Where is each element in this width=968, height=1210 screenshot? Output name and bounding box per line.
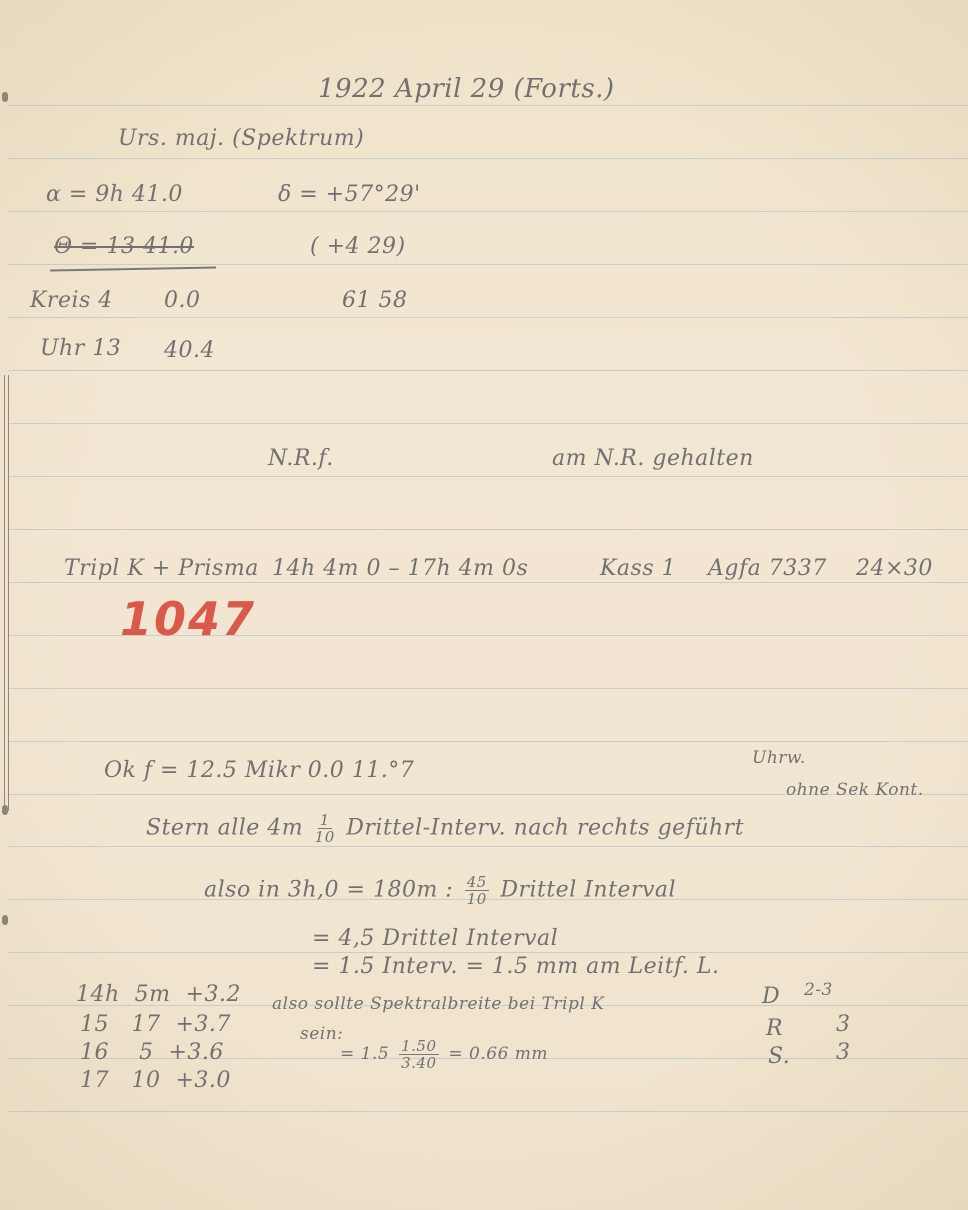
clock-note-1: Uhrw. <box>752 748 806 768</box>
note-line-5: also sollte Spektralbreite bei Tripl K <box>272 994 604 1014</box>
rule-line <box>8 741 968 742</box>
note-line-2-a: also in 3h,0 = 180m : <box>204 878 453 903</box>
temp-row: 17 10 +3.0 <box>80 1068 231 1093</box>
rule-line <box>8 105 968 106</box>
rule-line <box>8 582 968 583</box>
instrument: Tripl K + Prisma <box>64 556 259 581</box>
rule-line <box>8 264 968 265</box>
alpha-value: α = 9h 41.0 <box>46 182 183 207</box>
rule-line <box>8 211 968 212</box>
rule-line <box>8 158 968 159</box>
binding-staple <box>4 375 9 811</box>
seeing-label: S. <box>768 1044 790 1069</box>
uhr-value: 40.4 <box>164 338 215 363</box>
temp-row: 15 17 +3.7 <box>80 1012 231 1037</box>
delta-correction: ( +4 29) <box>310 234 406 259</box>
note-line-7-a: = 1.5 <box>340 1044 389 1064</box>
clock-note-2: ohne Sek Kont. <box>786 780 924 800</box>
note-line-1-a: Stern alle 4m <box>146 816 303 841</box>
page-date: 1922 April 29 (Forts.) <box>318 74 615 104</box>
seeing-value: 3 <box>836 1040 851 1065</box>
notebook-page: 1922 April 29 (Forts.) Urs. maj. (Spektr… <box>0 0 968 1210</box>
plate-number: 1047 <box>120 592 256 646</box>
note-line-7: = 1.5 1.503.40 = 0.66 mm <box>340 1038 548 1071</box>
orientation-right: am N.R. gehalten <box>552 446 754 471</box>
plate-type: Agfa 7337 <box>708 556 827 581</box>
sum-line <box>50 267 216 272</box>
kreis-value: 0.0 <box>164 288 201 313</box>
fraction: 110 <box>315 812 335 845</box>
note-line-7-b: = 0.66 mm <box>448 1044 548 1064</box>
plate-size: 24×30 <box>856 556 933 581</box>
kreis-label: Kreis 4 <box>30 288 113 313</box>
seeing-value: 2-3 <box>804 980 833 1000</box>
rule-line <box>8 1111 968 1112</box>
rule-line <box>8 476 968 477</box>
fraction: 4510 <box>465 874 489 907</box>
rule-line <box>8 529 968 530</box>
cassette: Kass 1 <box>600 556 676 581</box>
binding-hole <box>2 915 8 925</box>
note-line-1-b: Drittel-Interv. nach rechts geführt <box>346 816 744 841</box>
rule-line <box>8 688 968 689</box>
exposure-time: 14h 4m 0 – 17h 4m 0s <box>272 556 528 581</box>
theta-value: Θ = 13 41.0 <box>54 234 194 259</box>
binding-hole <box>2 92 8 102</box>
kreis-declination: 61 58 <box>342 288 407 313</box>
note-line-6: sein: <box>300 1024 343 1044</box>
uhr-label: Uhr 13 <box>40 336 121 361</box>
rule-line <box>8 846 968 847</box>
note-line-2: also in 3h,0 = 180m : 4510 Drittel Inter… <box>204 874 676 907</box>
fraction: 1.503.40 <box>399 1038 438 1071</box>
binding-hole <box>2 805 8 815</box>
temp-row: 16 5 +3.6 <box>80 1040 224 1065</box>
temp-row: 14h 5m +3.2 <box>76 982 241 1007</box>
note-line-1: Stern alle 4m 110 Drittel-Interv. nach r… <box>146 812 744 845</box>
rule-line <box>8 423 968 424</box>
seeing-label: R <box>766 1016 783 1041</box>
rule-line <box>8 317 968 318</box>
orientation-left: N.R.f. <box>268 446 334 471</box>
note-line-2-b: Drittel Interval <box>500 878 676 903</box>
seeing-label: D <box>762 984 780 1009</box>
object-title: Urs. maj. (Spektrum) <box>118 126 364 151</box>
note-line-4: = 1.5 Interv. = 1.5 mm am Leitf. L. <box>312 954 720 979</box>
note-line-3: = 4,5 Drittel Interval <box>312 926 558 951</box>
rule-line <box>8 370 968 371</box>
ocular-line: Ok f = 12.5 Mikr 0.0 11.°7 <box>104 758 414 783</box>
delta-value: δ = +57°29' <box>278 182 421 207</box>
rule-line <box>8 952 968 953</box>
seeing-value: 3 <box>836 1012 851 1037</box>
